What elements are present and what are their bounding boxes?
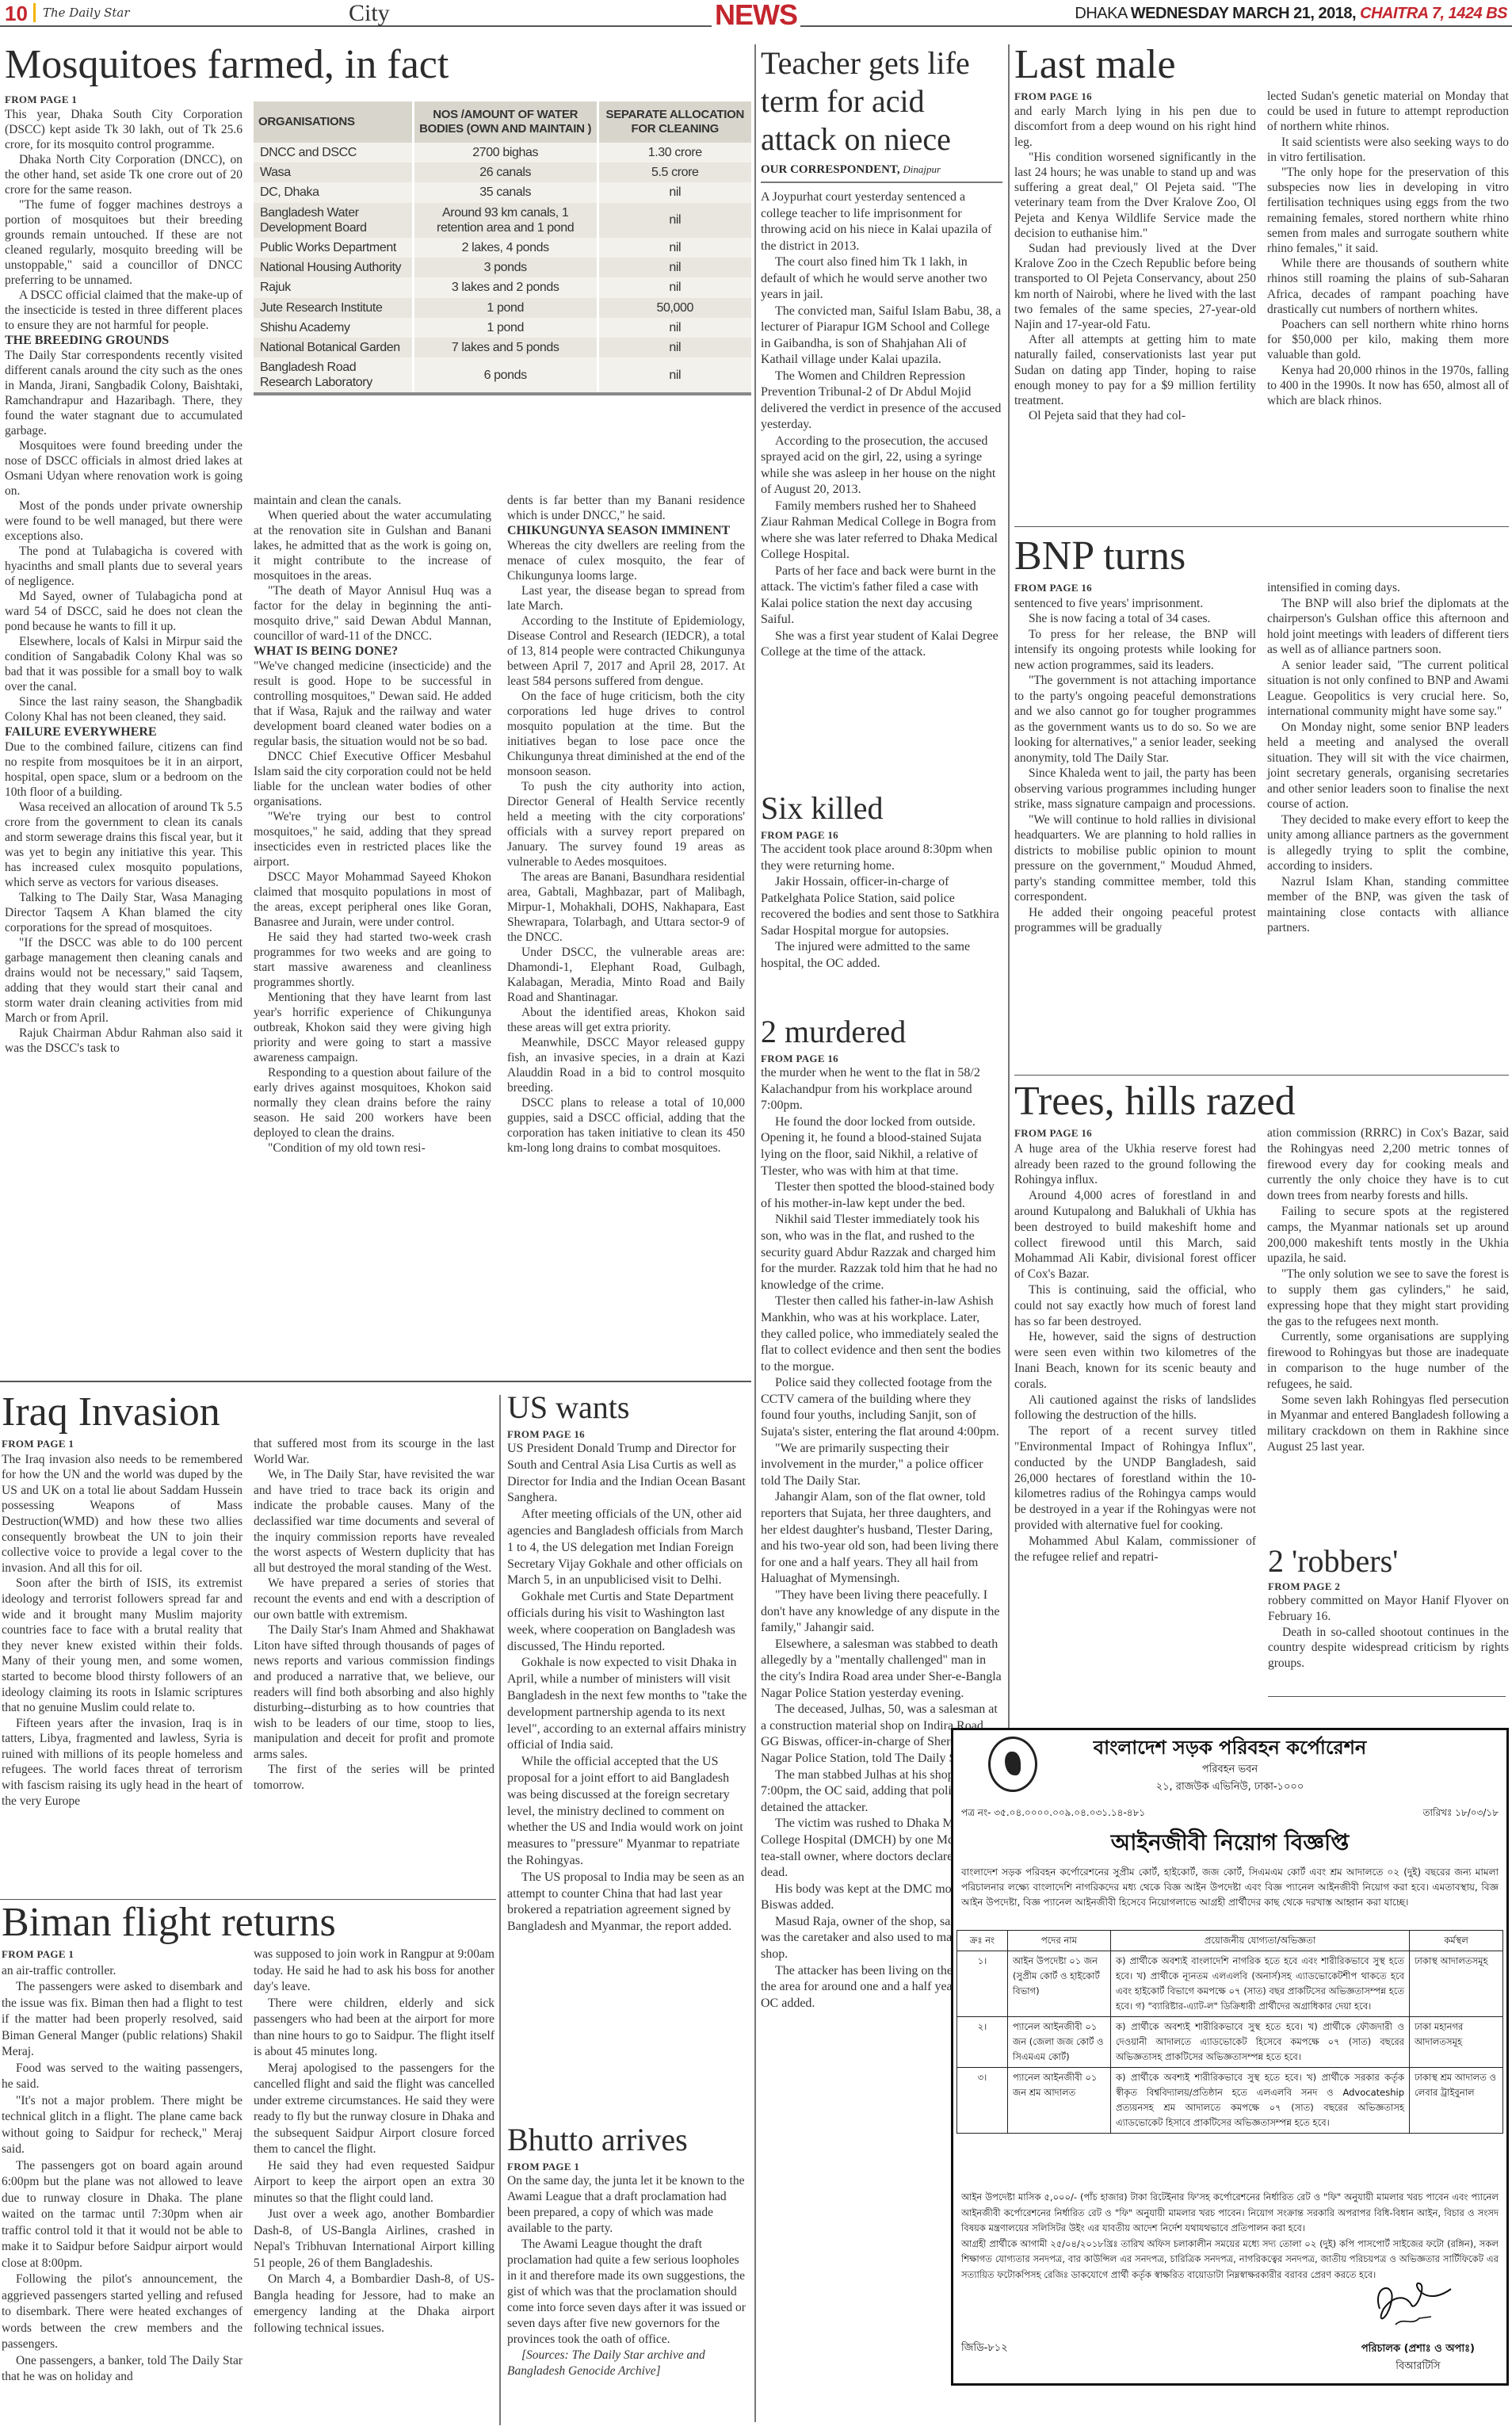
paragraph: A Joypurhat court yesterday sentenced a …	[761, 189, 1002, 254]
paragraph: He said they had even requested Saidpur …	[254, 2158, 494, 2207]
paragraph: lected Sudan's genetic material on Monda…	[1267, 89, 1509, 135]
table-row: Jute Research Institute1 pond50,000	[254, 298, 751, 318]
paragraph: "The government is not attaching importa…	[1014, 673, 1256, 766]
table-row: Bangladesh Road Research Laboratory6 pon…	[254, 357, 751, 392]
paragraph: Police said they collected footage from …	[761, 1375, 1002, 1440]
signer-title: পরিচালক (প্রশাঃ ও অপাঃ)	[1361, 2343, 1475, 2355]
news-label: NEWS	[712, 0, 800, 32]
paragraph: The report of a recent survey titled "En…	[1014, 1423, 1256, 1534]
cell: 2700 bighas	[413, 143, 598, 162]
paragraph: The Daily Star correspondents recently v…	[5, 348, 242, 438]
paragraph: He added their ongoing peaceful protest …	[1014, 905, 1256, 936]
article-bnp-turns: BNP turns FROM PAGE 16 sentenced to five…	[1014, 536, 1509, 936]
headline: Iraq Invasion	[2, 1392, 494, 1433]
headline: Bhutto arrives	[507, 2124, 749, 2156]
paragraph: maintain and clean the canals.	[254, 493, 491, 508]
paragraph: "We're trying our best to control mosqui…	[254, 809, 491, 869]
paragraph: "It's not a major problem. There might b…	[2, 2093, 242, 2158]
cell: 6 ponds	[413, 357, 598, 392]
paragraph: Ol Pejeta said that they had col-	[1014, 408, 1256, 423]
paragraph: Just over a week ago, another Bombardier…	[254, 2207, 494, 2272]
section-rule	[1014, 1075, 1509, 1076]
paragraph: Most of the ponds under private ownershi…	[5, 499, 242, 544]
paragraph: After all attempts at getting him to mat…	[1014, 332, 1256, 408]
column-header: পদের নাম	[1008, 1931, 1111, 1951]
paragraph: Dhaka North City Corporation (DNCC), on …	[5, 152, 242, 197]
column-header: প্রয়োজনীয় যোগ্যতা/অভিজ্ঞতা	[1111, 1931, 1410, 1951]
section-rule	[1014, 526, 1509, 527]
cell: Public Works Department	[254, 238, 413, 258]
page-number: 10	[5, 2, 28, 26]
paragraph: Ali cautioned against the risks of lands…	[1014, 1393, 1256, 1424]
paragraph: Elsewhere, a salesman was stabbed to dea…	[761, 1637, 1002, 1702]
paragraph: On March 4, a Bombardier Dash-8, of US-B…	[254, 2272, 494, 2337]
from-page-label: FROM PAGE 16	[1014, 89, 1256, 104]
paragraph: Following the pilot's announcement, the …	[2, 2272, 242, 2353]
cell: Bangladesh Water Development Board	[254, 203, 413, 238]
paragraph: He said they had started two-week crash …	[254, 930, 491, 990]
headline: BNP turns	[1014, 536, 1509, 577]
headline: Biman flight returns	[2, 1902, 494, 1943]
paragraph: Around 4,000 acres of forestland in and …	[1014, 1188, 1256, 1282]
paragraph: The court also fined him Tk 1 lakh, in d…	[761, 254, 1002, 304]
paragraph: On Monday night, some senior BNP leaders…	[1267, 720, 1509, 812]
dateline-city: DHAKA	[1075, 5, 1126, 22]
table-row: ১। আইন উপদেষ্টা ০১ জন (সুপ্রীম কোর্ট ও হ…	[957, 1951, 1503, 2017]
from-page-label: FROM PAGE 16	[761, 1053, 1002, 1065]
cell: 1.30 crore	[598, 143, 751, 162]
cell: nil	[598, 182, 751, 202]
cell: nil	[598, 318, 751, 338]
paragraph: Since the last rainy season, the Shangba…	[5, 694, 242, 724]
masthead-divider	[33, 3, 36, 22]
paragraph: On the same day, the junta let it be kno…	[507, 2173, 749, 2237]
paragraph: Wasa received an allocation of around Tk…	[5, 800, 242, 890]
sources-note: [Sources: The Daily Star archive and Ban…	[507, 2348, 749, 2379]
paragraph: Under DSCC, the vulnerable areas are: Dh…	[507, 945, 745, 1005]
paragraph: Currently, some organisations are supply…	[1267, 1329, 1509, 1392]
cell: 35 canals	[413, 182, 598, 202]
paragraph: dents is far better than my Banani resid…	[507, 493, 745, 523]
paragraph: A DSCC official claimed that the make-up…	[5, 288, 242, 333]
notice-building: পরিবহন ভবন	[953, 1762, 1506, 1779]
paragraph: The areas are Banani, Basundhara residen…	[507, 869, 745, 945]
paragraph: The Daily Star's Inam Ahmed and Shakhawa…	[254, 1622, 494, 1762]
mosquitoes-col1: FROM PAGE 1 This year, Dhaka South City …	[5, 92, 242, 1056]
headline: Six killed	[761, 793, 1002, 824]
subhead: THE BREEDING GROUNDS	[5, 333, 242, 348]
paragraph: The accident took place around 8:30pm wh…	[761, 842, 1002, 874]
headline: 2 'robbers'	[1268, 1546, 1509, 1577]
cell: ১।	[957, 1951, 1008, 2017]
paragraph: Gokhale is now expected to visit Dhaka i…	[507, 1655, 749, 1754]
paragraph: Since Khaleda went to jail, the party ha…	[1014, 766, 1256, 812]
headline: Trees, hills razed	[1014, 1081, 1509, 1122]
paragraph: While the official accepted that the US …	[507, 1754, 749, 1870]
paragraph: A huge area of the Ukhia reserve forest …	[1014, 1141, 1256, 1188]
cell: Rajuk	[254, 277, 413, 297]
column-rule	[1008, 44, 1010, 1772]
section-rule	[1268, 1696, 1506, 1697]
paragraph: According to the prosecution, the accuse…	[761, 434, 1002, 499]
paragraph: and early March lying in his pen due to …	[1014, 104, 1256, 150]
paragraph: intensified in coming days.	[1267, 580, 1509, 596]
cell: Around 93 km canals, 1 retention area an…	[413, 203, 598, 238]
paragraph: Meanwhile, DSCC Mayor released guppy fis…	[507, 1035, 745, 1095]
cell: nil	[598, 357, 751, 392]
paragraph: Rajuk Chairman Abdur Rahman also said it…	[5, 1026, 242, 1056]
cell: Shishu Academy	[254, 318, 413, 338]
cell: প্যানেল আইনজীবী ০১ জন (জেলা জজ কোর্ট ও স…	[1008, 2017, 1111, 2068]
paragraph: The passengers got on board again around…	[2, 2158, 242, 2272]
article-six-killed: Six killed FROM PAGE 16 The accident too…	[761, 793, 1002, 972]
paragraph: The Awami League thought the draft procl…	[507, 2237, 749, 2348]
notice-date: তারিখঃ ১৮/০৩/১৮	[1423, 1806, 1499, 1822]
paragraph: "His condition worsened significantly in…	[1014, 150, 1256, 241]
table-row: ৩। প্যানেল আইনজীবী ০১ জন শ্রম আদালত ক) প…	[957, 2068, 1503, 2134]
cell: ঢাকাস্থ শ্রম আদালত ও লেবার ট্রাইবুনাল	[1410, 2068, 1503, 2134]
table-row: Bangladesh Water Development BoardAround…	[254, 203, 751, 238]
cell: DNCC and DSCC	[254, 143, 413, 162]
paragraph: the murder when he went to the flat in 5…	[761, 1065, 1002, 1114]
article-teacher: Teacher gets life term for acid attack o…	[761, 44, 1002, 661]
paragraph: "Condition of my old town resi-	[254, 1141, 491, 1156]
notice-instructions: আগ্রহী প্রার্থীকে আগামী ২৫/০৪/২০১৮খ্রিঃ …	[961, 2237, 1499, 2283]
headline: 2 murdered	[761, 1016, 1002, 1048]
from-page-label: FROM PAGE 2	[1268, 1580, 1509, 1593]
paragraph: "We will continue to hold rallies in div…	[1014, 812, 1256, 905]
paragraph: Nikhil said Tlester immediately took his…	[761, 1212, 1002, 1293]
paragraph: This year, Dhaka South City Corporation …	[5, 107, 242, 152]
paragraph: This is continuing, said the official, w…	[1014, 1282, 1256, 1329]
paragraph: Talking to The Daily Star, Wasa Managing…	[5, 890, 242, 935]
paragraph: Food was served to the waiting passenger…	[2, 2061, 242, 2093]
paragraph: He, however, said the signs of destructi…	[1014, 1329, 1256, 1392]
cell: আইন উপদেষ্টা ০১ জন (সুপ্রীম কোর্ট ও হাইক…	[1008, 1951, 1111, 2017]
cell: 26 canals	[413, 162, 598, 182]
paragraph: About the identified areas, Khokon said …	[507, 1005, 745, 1035]
cell: nil	[598, 238, 751, 258]
paragraph: Last year, the disease began to spread f…	[507, 583, 745, 613]
paragraph: The first of the series will be printed …	[254, 1762, 494, 1793]
column-rule	[499, 1395, 501, 2425]
notice-table: ক্রঃ নং পদের নাম প্রয়োজনীয় যোগ্যতা/অভি…	[956, 1930, 1503, 2134]
paragraph: While there are thousands of southern wh…	[1267, 256, 1509, 317]
column-header: ক্রঃ নং	[957, 1931, 1008, 1951]
cell: ঢাকা মহানগর আদালতসমূহ	[1410, 2017, 1503, 2068]
paragraph: "The only hope for the preservation of t…	[1267, 165, 1509, 256]
byline-author: OUR CORRESPONDENT,	[761, 163, 900, 176]
notice-address: ২১, রাজউক এভিনিউ, ঢাকা-১০০০	[953, 1779, 1506, 1796]
paragraph: Fifteen years after the invasion, Iraq i…	[2, 1716, 242, 1809]
section-rule	[0, 1381, 751, 1382]
notice-terms: আইন উপদেষ্টা মাসিক ৫,০০০/- (পাঁচ হাজার) …	[961, 2190, 1499, 2237]
paragraph: Mentioning that they have learnt from la…	[254, 990, 491, 1065]
paragraph: The Women and Children Repression Preven…	[761, 369, 1002, 434]
paragraph: Elsewhere, locals of Kalsi in Mirpur sai…	[5, 634, 242, 694]
paragraph: Mohammed Abul Kalam, commissioner of the…	[1014, 1534, 1256, 1565]
paragraph: US President Donald Trump and Director f…	[507, 1441, 749, 1507]
paragraph: They decided to make every effort to kee…	[1267, 812, 1509, 874]
notice-title: আইনজীবী নিয়োগ বিজ্ঞপ্তি	[953, 1825, 1506, 1863]
paragraph: "We've changed medicine (insecticide) an…	[254, 659, 491, 749]
paragraph: sentenced to five years' imprisonment.	[1014, 596, 1256, 612]
paragraph: Due to the combined failure, citizens ca…	[5, 739, 242, 800]
subhead: CHIKUNGUNYA SEASON IMMINENT	[507, 523, 745, 538]
cell: 50,000	[598, 298, 751, 318]
article-trees-hills-razed: Trees, hills razed FROM PAGE 16 A huge a…	[1014, 1081, 1509, 1565]
paragraph: Meraj apologised to the passengers for t…	[254, 2061, 494, 2158]
subhead: FAILURE EVERYWHERE	[5, 724, 242, 739]
paragraph: an air-traffic controller.	[2, 1963, 242, 1980]
table-row: Rajuk3 lakes and 2 pondsnil	[254, 277, 751, 297]
cell: ২।	[957, 2017, 1008, 2068]
column-header: NOS /AMOUNT OF WATER BODIES (OWN AND MAI…	[413, 101, 598, 143]
paragraph: "The death of Mayor Annisul Huq was a fa…	[254, 583, 491, 644]
cell: প্যানেল আইনজীবী ০১ জন শ্রম আদালত	[1008, 2068, 1111, 2134]
from-page-label: FROM PAGE 16	[761, 829, 1002, 842]
dateline-date: WEDNESDAY MARCH 21, 2018,	[1131, 5, 1356, 22]
paragraph: Jahangir Alam, son of the flat owner, to…	[761, 1489, 1002, 1588]
headline: Mosquitoes farmed, in fact	[5, 44, 753, 86]
notice-intro: বাংলাদেশ সড়ক পরিবহন কর্পোরেশনের সুপ্রীম…	[961, 1865, 1499, 1910]
cell: Jute Research Institute	[254, 298, 413, 318]
article-bhutto-arrives: Bhutto arrives FROM PAGE 1 On the same d…	[507, 2124, 749, 2379]
cell: 7 lakes and 5 ponds	[413, 338, 598, 357]
table-row: ২। প্যানেল আইনজীবী ০১ জন (জেলা জজ কোর্ট …	[957, 2017, 1503, 2068]
paragraph: Responding to a question about failure o…	[254, 1065, 491, 1141]
paragraph: There were children, elderly and sick pa…	[254, 1996, 494, 2061]
paragraph: ation commission (RRRC) in Cox's Bazar, …	[1267, 1125, 1509, 1204]
paragraph: Jakir Hossain, officer-in-charge of Patk…	[761, 874, 1002, 939]
paragraph: Kenya had 20,000 rhinos in the 1970s, fa…	[1267, 363, 1509, 409]
from-page-label: FROM PAGE 16	[1014, 1125, 1256, 1141]
paragraph: On the face of huge criticism, both the …	[507, 689, 745, 779]
article-2-robbers: 2 'robbers' FROM PAGE 2 robbery committe…	[1268, 1546, 1509, 1672]
column-header: কর্মস্থল	[1410, 1931, 1503, 1951]
paragraph: Parts of her face and back were burnt in…	[761, 564, 1002, 629]
paragraph: Sudan had previously lived at the Dver K…	[1014, 241, 1256, 332]
cell: ঢাকাস্থ আদালতসমূহ	[1410, 1951, 1503, 2017]
paragraph: To press for her release, the BNP will i…	[1014, 627, 1256, 674]
paragraph: The Iraq invasion also needs to be remem…	[2, 1452, 242, 1576]
paragraph: Family members rushed her to Shaheed Zia…	[761, 499, 1002, 564]
paragraph: We, in The Daily Star, have revisited th…	[254, 1467, 494, 1576]
paragraph: Whereas the city dwellers are reeling fr…	[507, 538, 745, 583]
paragraph: was supposed to join work in Rangpur at …	[254, 1947, 494, 1996]
article-us-wants: US wants FROM PAGE 16 US President Donal…	[507, 1392, 749, 1935]
cell: National Botanical Garden	[254, 338, 413, 357]
cell: nil	[598, 277, 751, 297]
paragraph: Md Sayed, owner of Tulabagicha pond at w…	[5, 589, 242, 634]
paragraph: Failing to secure spots at the registere…	[1267, 1204, 1509, 1267]
paragraph: She was a first year student of Kalai De…	[761, 629, 1002, 661]
paragraph: According to the Institute of Epidemiolo…	[507, 613, 745, 689]
byline-place: Dinajpur	[903, 163, 941, 175]
from-page-label: FROM PAGE 16	[1014, 580, 1256, 596]
paragraph: that suffered most from its scourge in t…	[254, 1436, 494, 1467]
masthead: 10 The Daily Star City NEWS DHAKA WEDNES…	[0, 0, 1512, 27]
paragraph: Tlester then spotted the blood-stained b…	[761, 1179, 1002, 1212]
cell: 1 pond	[413, 318, 598, 338]
cell: 3 ponds	[413, 258, 598, 277]
column-rule	[754, 44, 756, 2422]
paragraph: We have prepared a series of stories tha…	[254, 1576, 494, 1622]
paragraph: It said scientists were also seeking way…	[1267, 135, 1509, 165]
paragraph: robbery committed on Mayor Hanif Flyover…	[1268, 1593, 1509, 1625]
cell: nil	[598, 258, 751, 277]
byline: OUR CORRESPONDENT, Dinajpur	[761, 163, 1002, 183]
paragraph: The injured were admitted to the same ho…	[761, 939, 1002, 972]
article-iraq-invasion: Iraq Invasion FROM PAGE 1 The Iraq invas…	[2, 1392, 494, 1809]
table-row: DNCC and DSCC2700 bighas1.30 crore	[254, 143, 751, 162]
notice-reference-number: পত্র নং- ৩৫.০৪.০০০০.০০৯.০৪.০৩১.১৪-৪৮১	[961, 1806, 1145, 1822]
dateline: DHAKA WEDNESDAY MARCH 21, 2018, CHAITRA …	[1075, 5, 1507, 23]
column-header: SEPARATE ALLOCATION FOR CLEANING	[598, 101, 751, 143]
paragraph: After meeting officials of the UN, other…	[507, 1507, 749, 1589]
paragraph: Nazrul Islam Khan, standing committee me…	[1267, 874, 1509, 936]
paragraph: The BNP will also brief the diplomats at…	[1267, 596, 1509, 658]
table-row: Public Works Department2 lakes, 4 pondsn…	[254, 238, 751, 258]
paper-logo: The Daily Star	[43, 6, 130, 20]
paragraph: "They have been living there peacefully.…	[761, 1588, 1002, 1637]
paragraph: The pond at Tulabagicha is covered with …	[5, 544, 242, 589]
signer-org: বিআরটিসি	[1396, 2360, 1440, 2372]
section-name: City	[349, 0, 390, 27]
water-bodies-table: ORGANISATIONS NOS /AMOUNT OF WATER BODIE…	[254, 101, 751, 395]
paragraph: He found the door locked from outside. O…	[761, 1114, 1002, 1179]
paragraph: Poachers can sell northern white rhino h…	[1267, 317, 1509, 363]
paragraph: "The fume of fogger machines destroys a …	[5, 197, 242, 288]
paragraph: Gokhale met Curtis and State Department …	[507, 1589, 749, 1655]
table-row: National Botanical Garden7 lakes and 5 p…	[254, 338, 751, 357]
paragraph: A senior leader said, "The current polit…	[1267, 658, 1509, 720]
recruitment-notice-ad: বাংলাদেশ সড়ক পরিবহন কর্পোরেশন পরিবহন ভব…	[951, 1728, 1509, 2386]
cell: ক) প্রার্থীকে অবশ্যই বাংলাদেশি নাগরিক হত…	[1111, 1951, 1410, 2017]
mosquitoes-col3: dents is far better than my Banani resid…	[507, 493, 745, 1156]
paragraph: One passengers, a banker, told The Daily…	[2, 2353, 242, 2386]
paragraph: She is now facing a total of 34 cases.	[1014, 611, 1256, 627]
cell: Wasa	[254, 162, 413, 182]
table-row: Shishu Academy1 pondnil	[254, 318, 751, 338]
article-mosquitoes: Mosquitoes farmed, in fact	[5, 44, 753, 86]
notice-gd-number: জিডি-৮১২	[961, 2340, 1008, 2357]
paragraph: To push the city authority into action, …	[507, 779, 745, 869]
article-last-male: Last male FROM PAGE 16 and early March l…	[1014, 44, 1509, 423]
signature-icon	[1364, 2277, 1459, 2333]
paragraph: "We are primarily suspecting their invol…	[761, 1441, 1002, 1490]
headline: US wants	[507, 1392, 749, 1423]
from-page-label: FROM PAGE 16	[507, 1428, 749, 1441]
paragraph: DSCC Mayor Mohammad Sayeed Khokon claime…	[254, 869, 491, 930]
paragraph: The convicted man, Saiful Islam Babu, 38…	[761, 304, 1002, 369]
article-biman-flight-returns: Biman flight returns FROM PAGE 1 an air-…	[2, 1902, 494, 2386]
paragraph: "If the DSCC was able to do 100 percent …	[5, 935, 242, 1026]
from-page-label: FROM PAGE 1	[2, 1947, 242, 1963]
paragraph: DSCC plans to release a total of 10,000 …	[507, 1095, 745, 1156]
table-row: Wasa26 canals5.5 crore	[254, 162, 751, 182]
cell: National Housing Authority	[254, 258, 413, 277]
cell: 5.5 crore	[598, 162, 751, 182]
cell: nil	[598, 338, 751, 357]
mosquitoes-col2: maintain and clean the canals. When quer…	[254, 493, 491, 1156]
cell: 3 lakes and 2 ponds	[413, 277, 598, 297]
notice-signer: পরিচালক (প্রশাঃ ও অপাঃ) বিআরটিসি	[1361, 2340, 1475, 2375]
paragraph: "The only solution we see to save the fo…	[1267, 1267, 1509, 1329]
notice-footer: আইন উপদেষ্টা মাসিক ৫,০০০/- (পাঁচ হাজার) …	[961, 2190, 1499, 2283]
cell: ৩।	[957, 2068, 1008, 2134]
paragraph: Some seven lakh Rohingyas fled persecuti…	[1267, 1393, 1509, 1455]
paragraph: The US proposal to India may be seen as …	[507, 1870, 749, 1935]
subhead: WHAT IS BEING DONE?	[254, 644, 491, 659]
cell: Bangladesh Road Research Laboratory	[254, 357, 413, 392]
cell: 1 pond	[413, 298, 598, 318]
dateline-bangla-date: CHAITRA 7, 1424 BS	[1360, 5, 1507, 22]
paragraph: Mosquitoes were found breeding under the…	[5, 438, 242, 499]
cell: 2 lakes, 4 ponds	[413, 238, 598, 258]
cell: nil	[598, 203, 751, 238]
headline: Teacher gets life term for acid attack o…	[761, 44, 1002, 159]
cell: ক) প্রার্থীকে অবশ্যই শারীরিকভাবে সুস্থ হ…	[1111, 2068, 1410, 2134]
column-header: ORGANISATIONS	[254, 101, 413, 143]
paragraph: Death in so-called shootout continues in…	[1268, 1625, 1509, 1672]
paragraph: The passengers were asked to disembark a…	[2, 1979, 242, 2061]
cell: DC, Dhaka	[254, 182, 413, 202]
paragraph: When queried about the water accumulatin…	[254, 508, 491, 583]
paragraph: DNCC Chief Executive Officer Mesbahul Is…	[254, 749, 491, 809]
paragraph: Tlester then called his father-in-law As…	[761, 1293, 1002, 1375]
from-page-label: FROM PAGE 1	[507, 2161, 749, 2173]
headline: Last male	[1014, 44, 1509, 86]
table-row: DC, Dhaka35 canalsnil	[254, 182, 751, 202]
table-row: National Housing Authority3 pondsnil	[254, 258, 751, 277]
from-page-label: FROM PAGE 1	[5, 92, 242, 107]
cell: ক) প্রার্থীকে অবশ্যই শারীরিকভাবে সুস্থ হ…	[1111, 2017, 1410, 2068]
notice-org-name: বাংলাদেশ সড়ক পরিবহন কর্পোরেশন	[953, 1733, 1506, 1765]
paragraph: Soon after the birth of ISIS, its extrem…	[2, 1576, 242, 1715]
from-page-label: FROM PAGE 1	[2, 1436, 242, 1452]
